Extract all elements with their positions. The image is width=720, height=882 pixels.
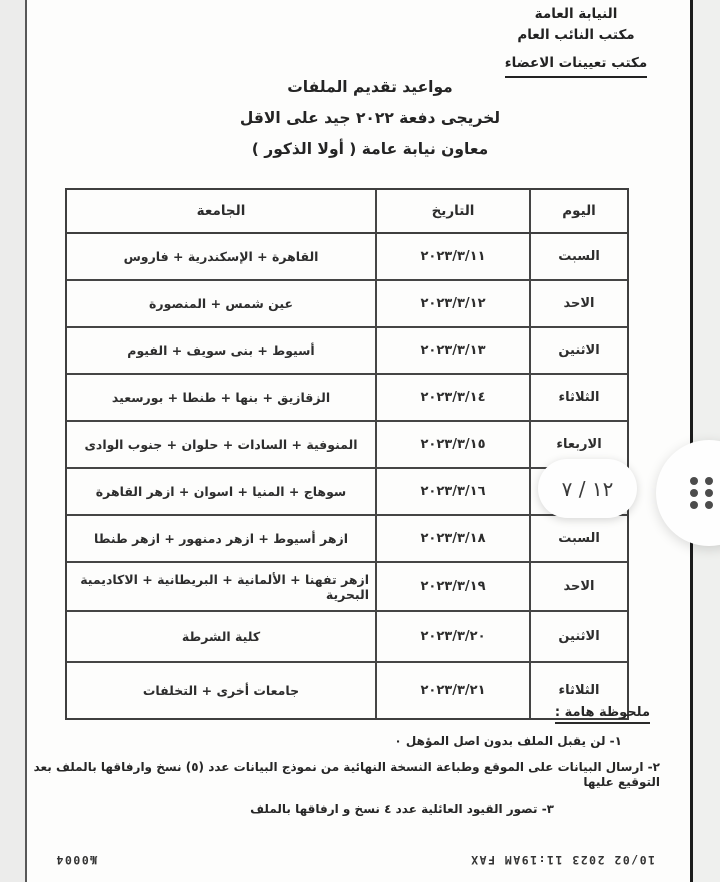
cell-day: الاثنين <box>531 328 627 373</box>
title-line-2: لخريجى دفعة ٢٠٢٢ جيد على الاقل <box>235 103 505 134</box>
letterhead: النيابة العامة مكتب النائب العام مكتب تع… <box>488 4 664 78</box>
floating-menu-button[interactable] <box>656 440 720 546</box>
header-date: التاريخ <box>375 190 531 232</box>
cell-university: عين شمس + المنصورة <box>67 281 375 326</box>
fax-counter: №0004 <box>55 853 97 867</box>
cell-university: ازهر تفهنا + الألمانية + البريطانية + ال… <box>67 563 375 610</box>
fax-transmission-line: 10/02 2023 11:19AM FAX №0004 <box>55 850 655 870</box>
table-header-row: اليوم التاريخ الجامعة <box>67 190 627 234</box>
table-row: الثلاثاء ٢٠٢٣/٣/١٤ الزقازيق + بنها + طنط… <box>67 373 627 420</box>
cell-university: القاهرة + الإسكندرية + فاروس <box>67 234 375 279</box>
document-title: مواعيد تقديم الملفات لخريجى دفعة ٢٠٢٢ جي… <box>235 72 505 165</box>
table-row: الاربعاء ٢٠٢٣/٣/١٥ المنوفية + السادات + … <box>67 420 627 467</box>
cell-university: ازهر أسيوط + ازهر دمنهور + ازهر طنطا <box>67 516 375 561</box>
header-university: الجامعة <box>67 190 375 232</box>
table-row: الاثنين ٢٠٢٣/٣/٢٠ كلية الشرطة <box>67 610 627 661</box>
cell-date: ٢٠٢٣/٣/١٢ <box>375 281 531 326</box>
cell-university: المنوفية + السادات + حلوان + جنوب الوادى <box>67 422 375 467</box>
cell-day: الاحد <box>531 281 627 326</box>
notes-title: ملحوظة هامة : <box>30 705 650 720</box>
cell-university: الزقازيق + بنها + طنطا + بورسعيد <box>67 375 375 420</box>
page-indicator-text: ١٢ / ٧ <box>562 477 614 501</box>
cell-university: كلية الشرطة <box>67 612 375 661</box>
table-row: السبت ٢٠٢٣/٣/١٨ ازهر أسيوط + ازهر دمنهور… <box>67 514 627 561</box>
six-dots-grid-icon <box>690 477 713 509</box>
page-indicator-bubble: ١٢ / ٧ <box>538 459 637 518</box>
cell-day: السبت <box>531 516 627 561</box>
title-line-1: مواعيد تقديم الملفات <box>235 72 505 103</box>
cell-date: ٢٠٢٣/٣/٢٠ <box>375 612 531 661</box>
cell-date: ٢٠٢٣/٣/١٣ <box>375 328 531 373</box>
scan-left-margin <box>0 0 27 882</box>
table-row: الاحد ٢٠٢٣/٣/١٢ عين شمس + المنصورة <box>67 279 627 326</box>
cell-date: ٢٠٢٣/٣/١١ <box>375 234 531 279</box>
title-line-3: معاون نيابة عامة ( أولا الذكور ) <box>235 134 505 165</box>
schedule-table: اليوم التاريخ الجامعة السبت ٢٠٢٣/٣/١١ ال… <box>65 188 629 720</box>
table-row: السبت ٢٠٢٣/٣/١١ القاهرة + الإسكندرية + ف… <box>67 234 627 279</box>
table-row: الاثنين ٢٠٢٣/٣/١٣ أسيوط + بنى سويف + الف… <box>67 326 627 373</box>
scanned-document-viewer: { "page": { "letterhead": { "line1": "ال… <box>0 0 720 882</box>
cell-day: السبت <box>531 234 627 279</box>
table-row: الاحد ٢٠٢٣/٣/١٩ ازهر تفهنا + الألمانية +… <box>67 561 627 610</box>
header-day: اليوم <box>531 190 627 232</box>
cell-date: ٢٠٢٣/٣/١٤ <box>375 375 531 420</box>
cell-date: ٢٠٢٣/٣/١٩ <box>375 563 531 610</box>
cell-university: سوهاج + المنيا + اسوان + ازهر القاهرة <box>67 469 375 514</box>
fax-timestamp: 10/02 2023 11:19AM FAX <box>470 853 655 867</box>
letterhead-authority: النيابة العامة <box>488 4 664 25</box>
cell-university: أسيوط + بنى سويف + الفيوم <box>67 328 375 373</box>
note-item-3: ٣- تصور القيود العائلية عدد ٤ نسخ و ارفا… <box>30 802 554 817</box>
cell-date: ٢٠٢٣/٣/١٥ <box>375 422 531 467</box>
note-item-2: ٢- ارسال البيانات على الموقع وطباعة النس… <box>30 760 660 790</box>
cell-day: الاحد <box>531 563 627 610</box>
cell-day: الاثنين <box>531 612 627 661</box>
note-item-1: ١- لن يقبل الملف بدون اصل المؤهل ٠ <box>30 734 622 749</box>
important-notes: ملحوظة هامة : ١- لن يقبل الملف بدون اصل … <box>30 705 666 817</box>
letterhead-appointments-office: مكتب تعيينات الاعضاء <box>505 53 647 78</box>
cell-day: الثلاثاء <box>531 375 627 420</box>
cell-date: ٢٠٢٣/٣/١٦ <box>375 469 531 514</box>
cell-date: ٢٠٢٣/٣/١٨ <box>375 516 531 561</box>
letterhead-office: مكتب النائب العام <box>488 25 664 46</box>
